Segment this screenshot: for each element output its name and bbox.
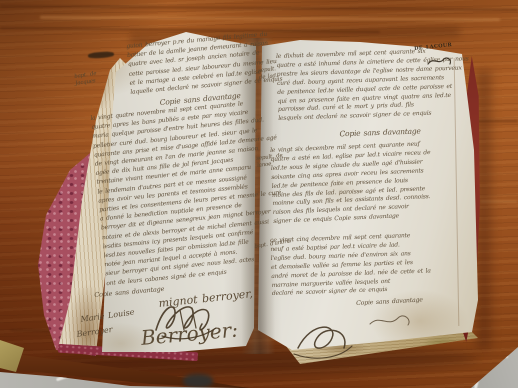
photo-of-open-manuscript: guion berroyer p.re du mariage fils legi… [0, 0, 518, 388]
table-leg-shadow [183, 374, 213, 388]
right-page-copie-closing: Copie sans davantage [356, 294, 466, 308]
right-page-paragraph-3: ce vingt cinq decembre mil sept cent qua… [270, 230, 464, 299]
handwriting-line: Copie sans davantage [320, 126, 440, 140]
handwriting-line: Copie sans davantage [356, 294, 466, 308]
left-page-margin-note: bapt. deJacques [74, 69, 112, 88]
stamp-paraph-icon [426, 55, 454, 67]
left-page-paragraph-1: guion berroyer p.re du mariage fils legi… [126, 31, 260, 97]
signature-marie-louise: Marie Louise [80, 305, 151, 325]
left-page-paragraph-2: la vingt quatre novembre mil sept cent q… [90, 98, 272, 288]
handwriting-line: Marie Louise [80, 305, 151, 325]
signature-monogram-paraph-icon [150, 296, 222, 342]
right-page-paragraph-2: le vingt six decembre mil sept cent quar… [270, 139, 463, 227]
signature-flourish-icon [292, 318, 354, 360]
right-page-heading-copie: Copie sans davantage [320, 126, 440, 140]
closing-paraph-icon [368, 312, 414, 328]
